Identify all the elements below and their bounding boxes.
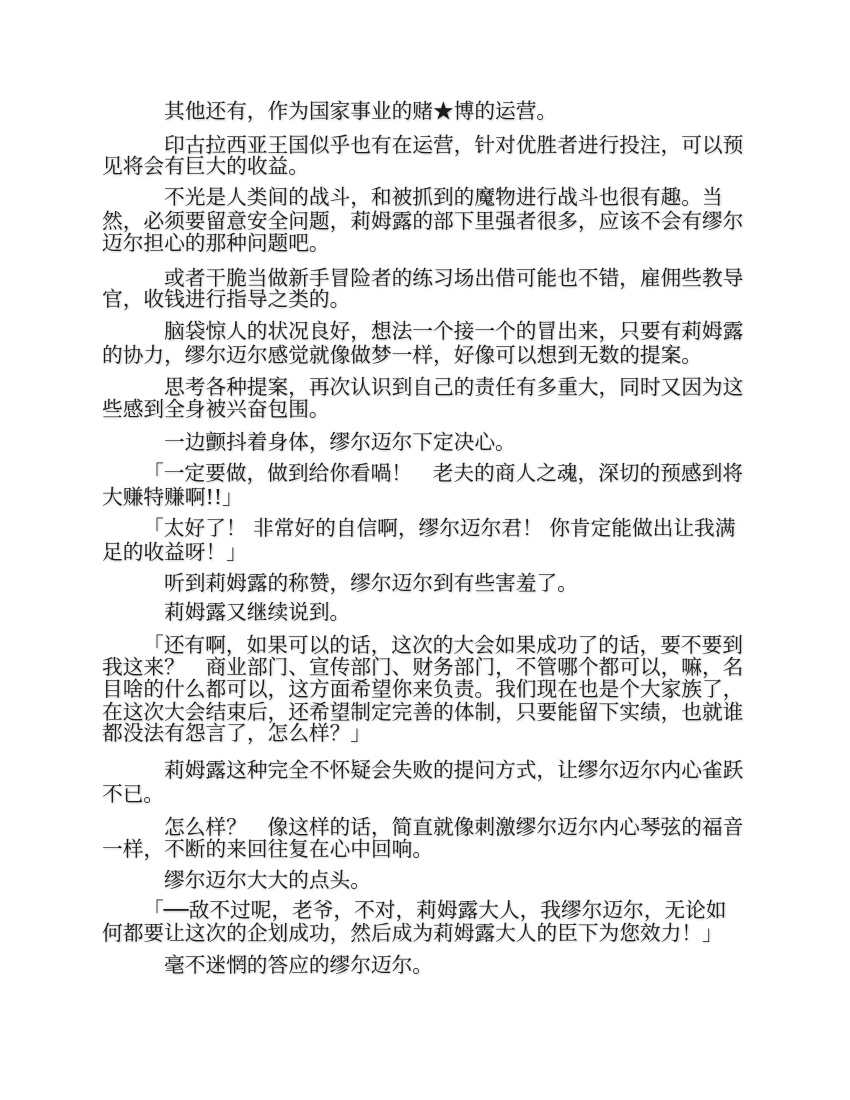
text-line: 在这次大会结束后，还希望制定完善的体制，只要能留下实绩，也就谁 — [102, 701, 743, 723]
text-line: 些感到全身被兴奋包围。 — [102, 398, 330, 420]
text-line: 莉姆露又继续说到。 — [164, 601, 350, 623]
text-line: 思考各种提案，再次认识到自己的责任有多重大，同时又因为这 — [164, 376, 743, 398]
text-line: 毫不迷惘的答应的缪尔迈尔。 — [164, 954, 433, 976]
text-line: 「──敌不过呢，老爷，不对，莉姆露大人，我缪尔迈尔，无论如 — [143, 899, 726, 921]
text-line: 官，收钱进行指导之类的。 — [102, 288, 350, 310]
text-line: 怎么样？ 像这样的话，简直就像刺激缪尔迈尔内心琴弦的福音 — [164, 816, 743, 838]
text-line: 何都要让这次的企划成功，然后成为莉姆露大人的臣下为您效力！」 — [102, 922, 723, 944]
text-line: 见将会有巨大的收益。 — [102, 155, 309, 177]
text-line: 「太好了！ 非常好的自信啊，缪尔迈尔君！ 你肯定能做出让我满 — [143, 517, 735, 539]
text-line: 足的收益呀！」 — [102, 541, 247, 563]
text-line: 「一定要做，做到给你看喎！ 老夫的商人之魂，深切的预感到将 — [143, 462, 743, 484]
text-line: 的协力，缪尔迈尔感觉就像做梦一样，好像可以想到无数的提案。 — [102, 344, 702, 366]
text-line: 我这来？ 商业部门、宣传部门、财务部门，不管哪个都可以，嘛，名 — [102, 656, 743, 678]
text-line: 迈尔担心的那种问题吧。 — [102, 232, 330, 254]
text-line: 不光是人类间的战斗，和被抓到的魔物进行战斗也很有趣。当 — [164, 186, 723, 208]
text-line: 缪尔迈尔大大的点头。 — [164, 869, 371, 891]
text-line: 印古拉西亚王国似乎也有在运营，针对优胜者进行投注，可以预 — [164, 134, 743, 156]
document-page: 其他还有，作为国家事业的赌★博的运营。 印古拉西亚王国似乎也有在运营，针对优胜者… — [0, 0, 850, 1100]
text-line: 一样，不断的来回往复在心中回响。 — [102, 838, 433, 860]
text-line: 不已。 — [102, 783, 164, 805]
text-line: 都没法有怨言了，怎么样？」 — [102, 722, 371, 744]
text-line: 然，必须要留意安全问题，莉姆露的部下里强者很多，应该不会有缪尔 — [102, 210, 743, 232]
text-line: 脑袋惊人的状况良好，想法一个接一个的冒出来，只要有莉姆露 — [164, 320, 743, 342]
text-line: 莉姆露这种完全不怀疑会失败的提问方式，让缪尔迈尔内心雀跃 — [164, 759, 743, 781]
text-line: 其他还有，作为国家事业的赌★博的运营。 — [164, 100, 557, 122]
text-line: 「还有啊，如果可以的话，这次的大会如果成功了的话，要不要到 — [143, 634, 743, 656]
text-line: 或者干脆当做新手冒险者的练习场出借可能也不错，雇佣些教导 — [164, 267, 743, 289]
text-line: 听到莉姆露的称赞，缪尔迈尔到有些害羞了。 — [164, 572, 578, 594]
text-line: 大赚特赚啊!!」 — [102, 486, 243, 508]
text-line: 目啥的什么都可以，这方面希望你来负责。我们现在也是个大家族了， — [102, 678, 743, 700]
text-line: 一边颤抖着身体，缪尔迈尔下定决心。 — [164, 431, 516, 453]
